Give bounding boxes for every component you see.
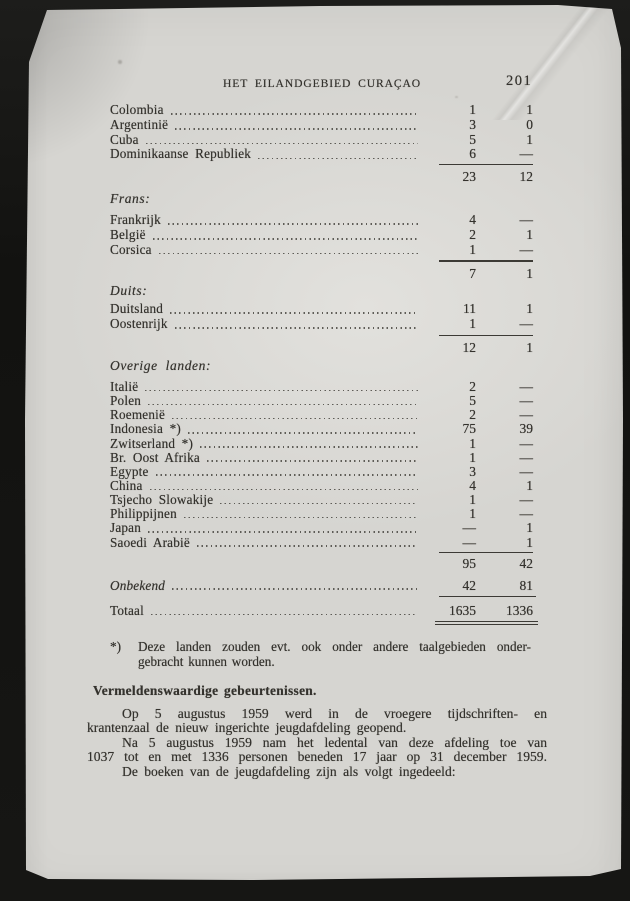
- onbekend-label: Onbekend: [110, 578, 165, 593]
- table-row: Egypte 3 —: [110, 465, 533, 479]
- count-column-1: 1: [426, 507, 476, 521]
- dotted-leader: [153, 238, 418, 240]
- section-heading: Duits:: [110, 283, 533, 298]
- subtotal-rule: [439, 552, 533, 553]
- table-row: Cuba 5 1: [110, 133, 533, 148]
- section-rows: Italië 2 — Polen 5 — Roemenië 2 — Indone…: [110, 380, 533, 550]
- subtotal-row: 95 42: [110, 557, 533, 571]
- country-label: Japan: [110, 521, 141, 535]
- paragraph-line: Na 5 augustus 1959 nam het ledental van …: [87, 736, 547, 750]
- total-row: Totaal 1635 1336: [110, 603, 533, 618]
- count-column-1: 1: [426, 493, 476, 507]
- count-column-2: —: [476, 213, 533, 228]
- dotted-leader: [220, 503, 418, 505]
- count-column-1: 5: [426, 394, 476, 408]
- dotted-leader: [148, 404, 418, 406]
- country-label: Egypte: [110, 465, 149, 479]
- dotted-leader: [184, 517, 418, 519]
- table-row: Argentinië 3 0: [110, 118, 533, 133]
- footnote-body: Deze landen zouden evt. ook onder andere…: [138, 640, 531, 669]
- section-rows: Colombia 1 1 Argentinië 3 0 Cuba 5 1 Dom…: [110, 103, 533, 162]
- dotted-leader: [156, 474, 418, 476]
- subtotal-column-1: 12: [426, 341, 476, 356]
- country-label: Indonesia *): [110, 422, 181, 436]
- dotted-leader: [170, 312, 418, 314]
- body-text: Op 5 augustus 1959 werd in de vroegere t…: [87, 707, 547, 779]
- count-column-1: 1: [426, 451, 476, 465]
- count-column-2: —: [476, 507, 533, 521]
- table-section-1: Colombia 1 1 Argentinië 3 0 Cuba 5 1 Dom…: [110, 103, 533, 185]
- page-number: 201: [506, 73, 532, 90]
- total-double-rule: [435, 621, 538, 625]
- subtotal-column-1: 23: [426, 170, 476, 185]
- dotted-leader: [171, 113, 418, 115]
- count-column-1: —: [426, 536, 476, 550]
- count-column-2: —: [476, 408, 533, 422]
- table-row: Colombia 1 1: [110, 103, 533, 118]
- count-column-2: 1: [476, 536, 533, 550]
- dotted-leader: [151, 614, 418, 616]
- subtotal-column-1: 95: [426, 557, 476, 571]
- count-column-2: —: [476, 147, 533, 162]
- country-label: Roemenië: [110, 408, 165, 422]
- dotted-leader: [168, 223, 418, 225]
- paper-crease: [478, 0, 628, 120]
- country-label: Colombia: [110, 103, 164, 118]
- section-heading: Overige landen:: [110, 358, 533, 373]
- subtotal-column-2: 1: [476, 341, 533, 356]
- dotted-leader: [188, 432, 418, 434]
- count-column-2: —: [476, 493, 533, 507]
- count-column-1: 1: [426, 437, 476, 451]
- table-section-frans: Frans: Frankrijk 4 — België 2 1 Corsica …: [110, 191, 533, 281]
- country-label: Br. Oost Afrika: [110, 451, 200, 465]
- table-row: Roemenië 2 —: [110, 408, 533, 422]
- table-row: Indonesia *) 75 39: [110, 422, 533, 436]
- table-row: Saoedi Arabië — 1: [110, 536, 533, 550]
- table-row: Zwitserland *) 1 —: [110, 437, 533, 451]
- country-label: Philippijnen: [110, 507, 177, 521]
- table-row: Frankrijk 4 —: [110, 213, 533, 228]
- section-rows: Frankrijk 4 — België 2 1 Corsica 1 —: [110, 213, 533, 257]
- count-column-1: 3: [426, 465, 476, 479]
- count-column-1: 2: [426, 228, 476, 243]
- count-column-1: —: [426, 521, 476, 535]
- footnote: *) Deze landen zouden evt. ook onder and…: [110, 640, 531, 669]
- country-label: Cuba: [110, 133, 139, 148]
- country-label: Oostenrijk: [110, 317, 168, 332]
- count-column-1: 75: [426, 422, 476, 436]
- paragraph-line: Op 5 augustus 1959 werd in de vroegere t…: [87, 707, 547, 721]
- dotted-leader: [200, 446, 418, 448]
- country-label: Argentinië: [110, 118, 168, 133]
- country-label: Corsica: [110, 243, 152, 258]
- dotted-leader: [258, 158, 418, 160]
- count-column-2: 0: [476, 118, 533, 133]
- count-column-1: 1: [426, 243, 476, 258]
- dotted-leader: [175, 128, 418, 130]
- count-column-2: —: [476, 243, 533, 258]
- count-column-1: 4: [426, 213, 476, 228]
- count-column-1: 5: [426, 133, 476, 148]
- count-column-1: 6: [426, 147, 476, 162]
- subtotal-column-2: 12: [476, 170, 533, 185]
- table-row: Tsjecho Slowakije 1 —: [110, 493, 533, 507]
- subtotal-column-2: 42: [476, 557, 533, 571]
- onbekend-row: Onbekend 42 81: [110, 578, 533, 593]
- section-heading: Frans:: [110, 191, 533, 206]
- table-row: Japan — 1: [110, 521, 533, 535]
- count-column-2: —: [476, 437, 533, 451]
- table-row: België 2 1: [110, 228, 533, 243]
- count-column-2: —: [476, 317, 533, 332]
- footnote-line: Deze landen zouden evt. ook onder andere…: [138, 640, 531, 655]
- total-column-2: 1336: [476, 603, 533, 618]
- count-column-2: 1: [476, 479, 533, 493]
- dotted-leader: [148, 531, 418, 533]
- paragraph-line: krantenzaal de nieuw ingerichte jeugdafd…: [87, 721, 547, 735]
- country-label: Italië: [110, 380, 138, 394]
- count-column-1: 3: [426, 118, 476, 133]
- table-totals-block: Onbekend 42 81 Totaal 1635 1336: [110, 578, 533, 625]
- footnote-line: gebracht kunnen worden.: [138, 655, 531, 670]
- count-column-2: —: [476, 380, 533, 394]
- subtotal-row: 7 1: [110, 267, 533, 282]
- footnote-marker: *): [110, 640, 121, 655]
- count-column-2: —: [476, 451, 533, 465]
- count-column-1: 4: [426, 479, 476, 493]
- dotted-leader: [145, 390, 418, 392]
- subtotal-row: 23 12: [110, 170, 533, 185]
- country-label: Duitsland: [110, 302, 163, 317]
- country-label: Dominikaanse Republiek: [110, 147, 251, 162]
- dotted-leader: [146, 143, 418, 145]
- dotted-leader: [172, 418, 418, 420]
- table-row: Philippijnen 1 —: [110, 507, 533, 521]
- count-column-1: 2: [426, 408, 476, 422]
- page-header-title: HET EILANDGEBIED CURAÇAO: [223, 77, 421, 90]
- count-column-1: 1: [426, 317, 476, 332]
- onbekend-column-1: 42: [426, 578, 476, 593]
- paper-speck: [118, 60, 122, 64]
- total-label: Totaal: [110, 603, 144, 618]
- count-column-2: 1: [476, 228, 533, 243]
- count-column-2: 1: [476, 521, 533, 535]
- count-column-2: —: [476, 394, 533, 408]
- table-row: Oostenrijk 1 —: [110, 317, 533, 332]
- count-column-2: —: [476, 465, 533, 479]
- country-label: Tsjecho Slowakije: [110, 493, 213, 507]
- total-column-1: 1635: [426, 603, 476, 618]
- subtotal-column-1: 7: [426, 267, 476, 282]
- count-column-1: 2: [426, 380, 476, 394]
- country-label: Polen: [110, 394, 141, 408]
- events-heading: Vermeldenswaardige gebeurtenissen.: [93, 683, 317, 699]
- count-column-2: 1: [476, 302, 533, 317]
- subtotal-rule: [439, 260, 533, 261]
- table-section-duits: Duits: Duitsland 11 1 Oostenrijk 1 — 12 …: [110, 283, 533, 356]
- dotted-leader: [207, 460, 418, 462]
- table-row: Italië 2 —: [110, 380, 533, 394]
- subtotal-rule: [439, 164, 533, 165]
- onbekend-column-2: 81: [476, 578, 533, 593]
- dotted-leader: [197, 545, 418, 547]
- paper-speck: [455, 96, 458, 98]
- count-column-2: 1: [476, 133, 533, 148]
- section-rows: Duitsland 11 1 Oostenrijk 1 —: [110, 302, 533, 332]
- country-label: China: [110, 479, 143, 493]
- country-label: België: [110, 228, 146, 243]
- count-column-2: 39: [476, 422, 533, 436]
- dotted-leader: [159, 253, 418, 255]
- subtotal-rule: [439, 335, 533, 336]
- subtotal-row: 12 1: [110, 341, 533, 356]
- total-rule: [439, 596, 536, 597]
- table-row: Br. Oost Afrika 1 —: [110, 451, 533, 465]
- dotted-leader: [172, 588, 418, 590]
- count-column-2: 1: [476, 103, 533, 118]
- count-column-1: 1: [426, 103, 476, 118]
- count-column-1: 11: [426, 302, 476, 317]
- scanned-book-page: { "page": { "header_title": "HET EILANDG…: [0, 0, 630, 901]
- dotted-leader: [150, 489, 418, 491]
- table-section-overige-landen: Overige landen: Italië 2 — Polen 5 — Roe…: [110, 358, 533, 571]
- subtotal-column-2: 1: [476, 267, 533, 282]
- country-label: Zwitserland *): [110, 437, 193, 451]
- table-row: China 4 1: [110, 479, 533, 493]
- dotted-leader: [175, 327, 418, 329]
- table-row: Dominikaanse Republiek 6 —: [110, 147, 533, 162]
- country-label: Frankrijk: [110, 213, 161, 228]
- table-row: Corsica 1 —: [110, 243, 533, 258]
- country-label: Saoedi Arabië: [110, 536, 190, 550]
- paragraph-line: 1037 tot en met 1336 personen beneden 17…: [87, 750, 547, 764]
- table-row: Polen 5 —: [110, 394, 533, 408]
- table-row: Duitsland 11 1: [110, 302, 533, 317]
- paragraph-line: De boeken van de jeugdafdeling zijn als …: [87, 765, 547, 779]
